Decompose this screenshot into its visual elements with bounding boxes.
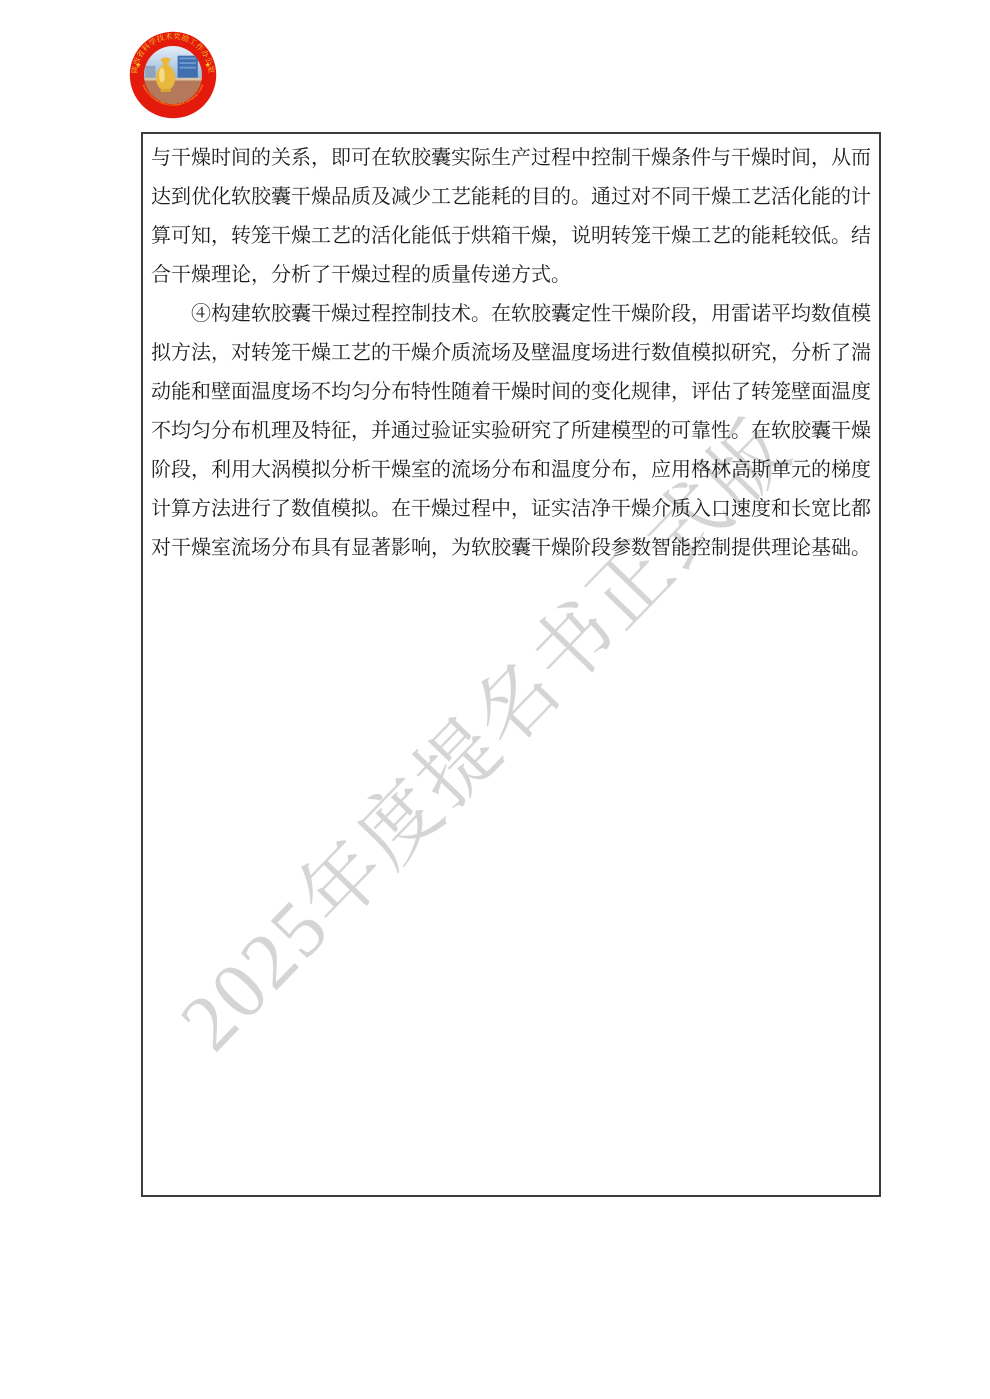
paragraph-drying-time-relation: 与干燥时间的关系，即可在软胶囊实际生产过程中控制干燥条件与干燥时间，从而达到优化…	[151, 139, 871, 295]
award-office-seal: 陕西省科学技术奖励工作办公室 Shaanxi Province Office O…	[127, 29, 219, 121]
document-page: 2025年度提名书正式版	[0, 0, 990, 1399]
paragraph-drying-process-control: ④构建软胶囊干燥过程控制技术。在软胶囊定性干燥阶段，用雷诺平均数值模拟方法，对转…	[151, 295, 871, 568]
content-box: 与干燥时间的关系，即可在软胶囊实际生产过程中控制干燥条件与干燥时间，从而达到优化…	[141, 132, 881, 1197]
